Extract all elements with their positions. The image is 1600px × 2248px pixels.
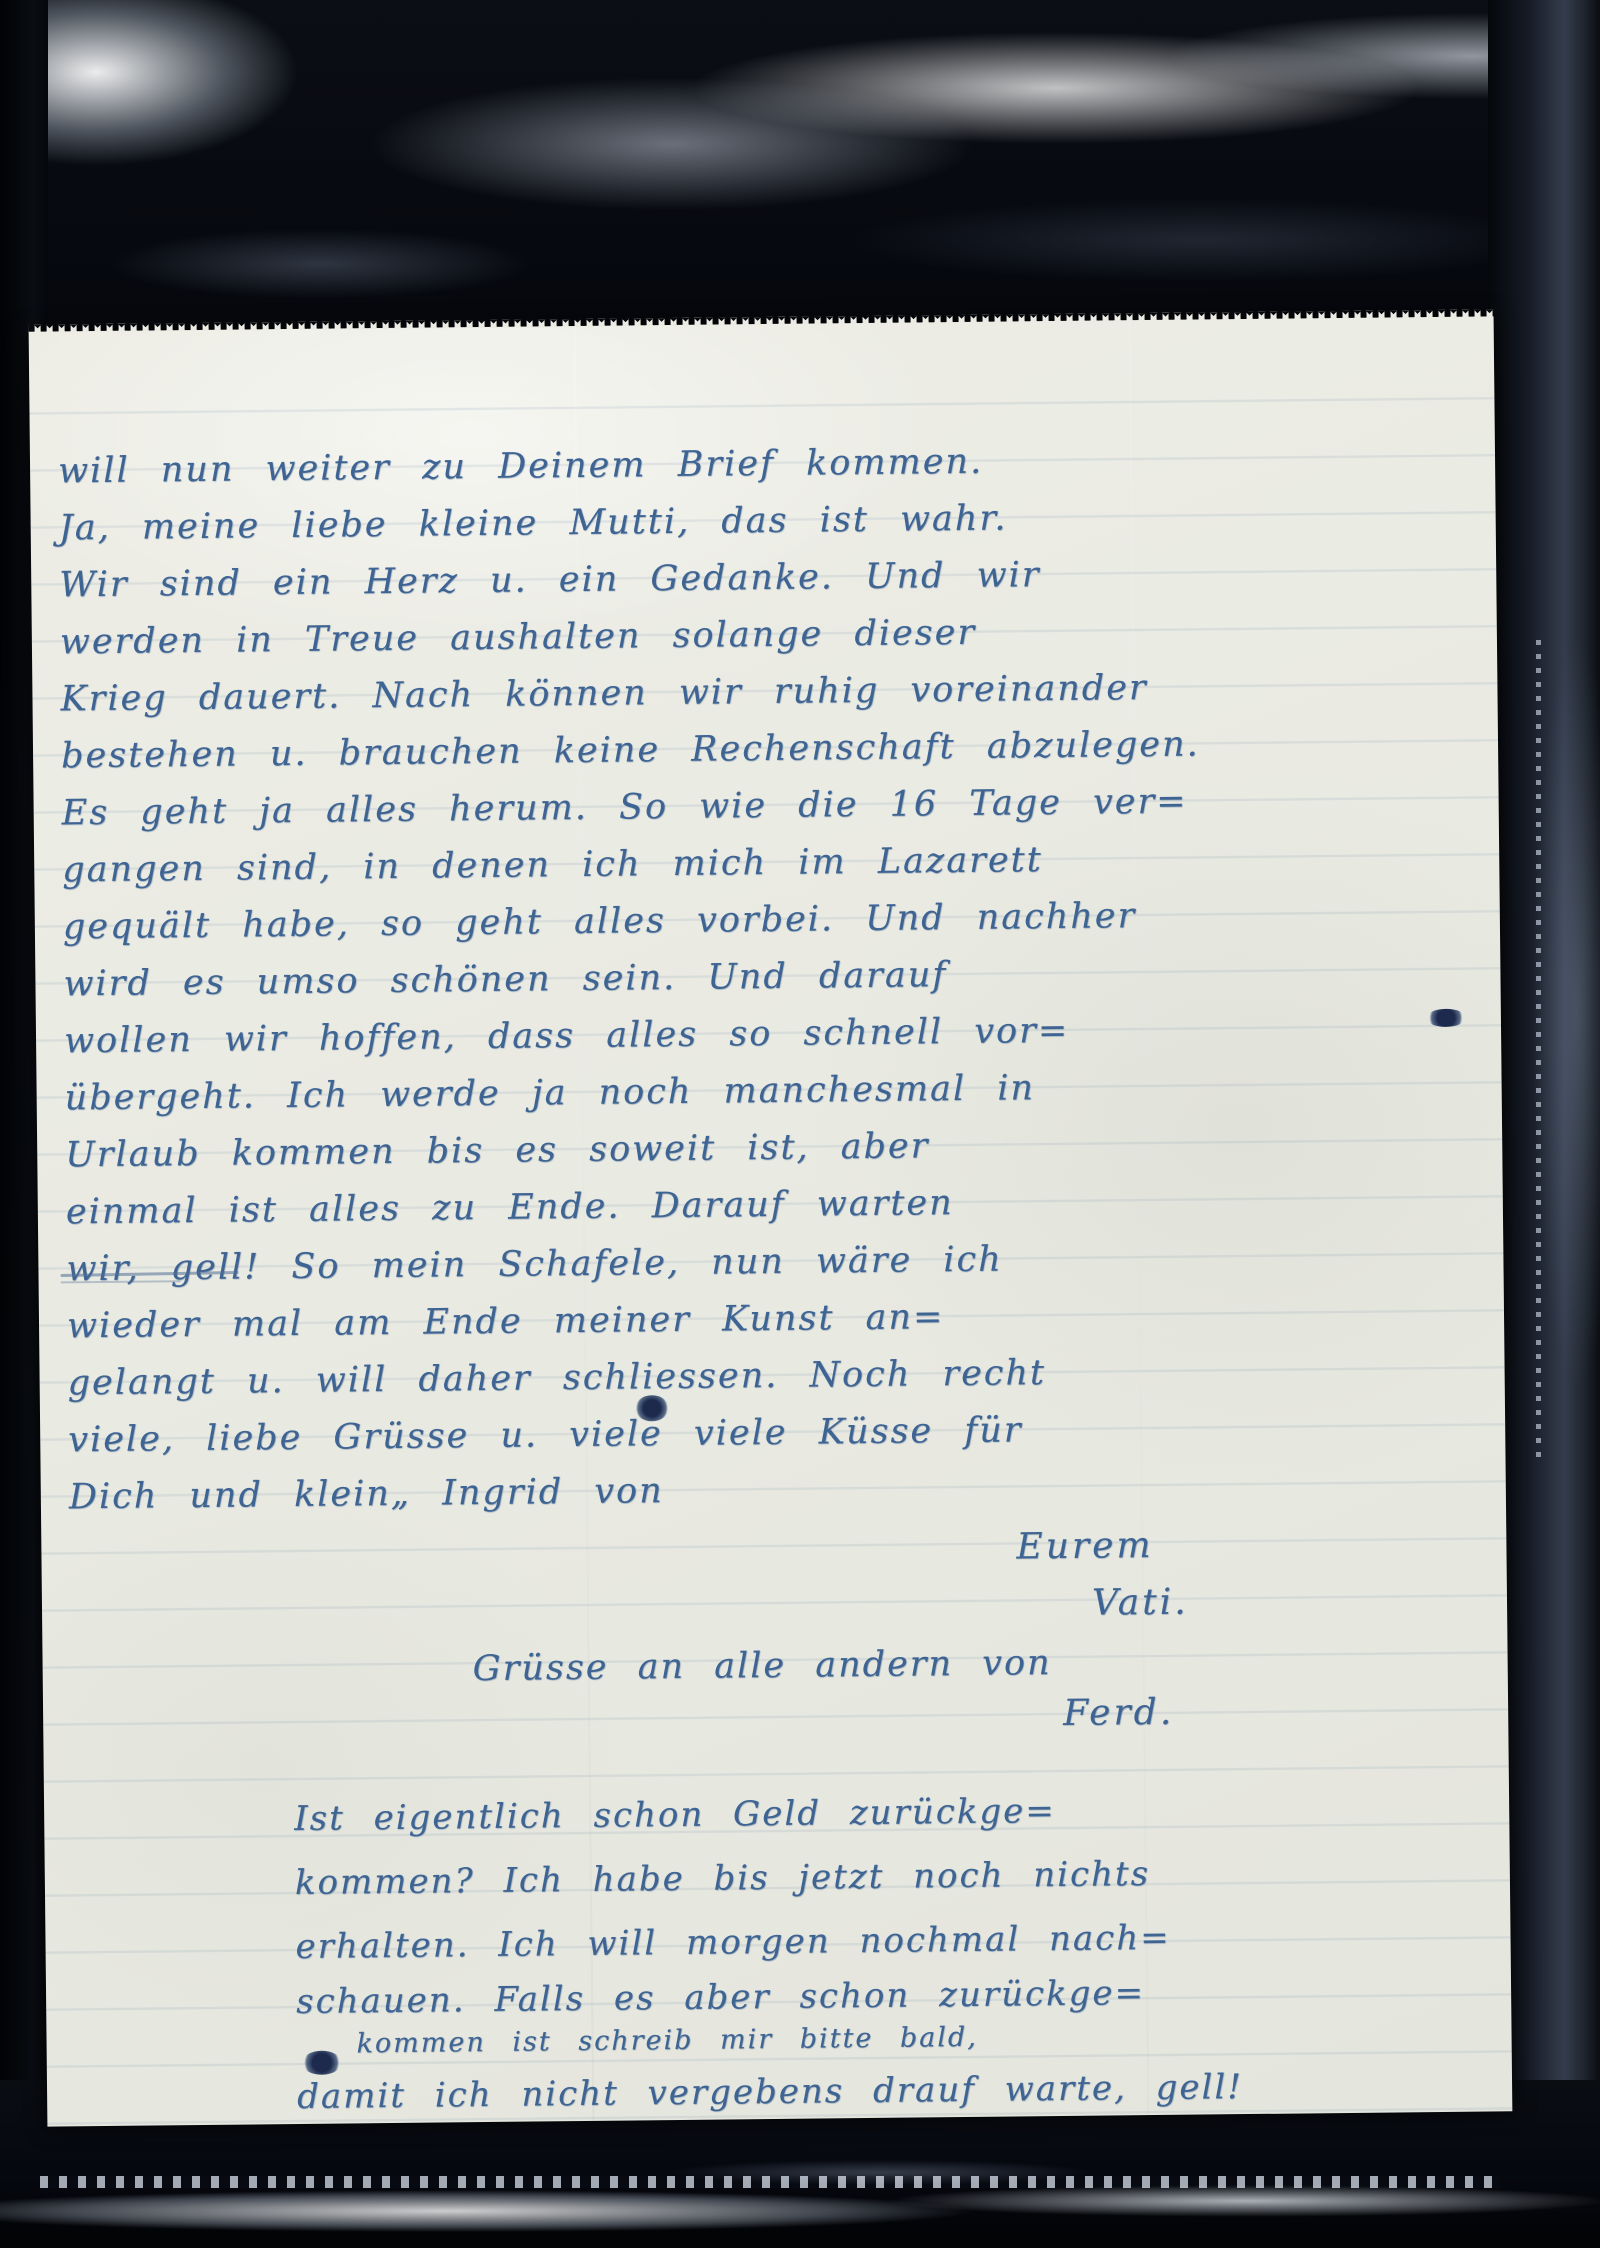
letter-body-text: will nun weiter zu Deinem Brief kommen. … <box>58 429 1489 1527</box>
signature-ferd: Ferd. <box>1063 1692 1174 1734</box>
greetings-to-others-line: Grüsse an alle andern von <box>472 1643 1051 1689</box>
postscript-block: Ist eigentlich schon Geld zurückge= komm… <box>294 1774 1498 2129</box>
closing-vati: Vati. <box>1092 1582 1189 1624</box>
sleeve-stitch-row <box>40 2176 1500 2188</box>
sleeve-perforation-right <box>1536 640 1541 1460</box>
postscript-line: damit ich nicht vergebens drauf warte, g… <box>297 2052 1498 2129</box>
closing-eurem: Eurem <box>1016 1525 1154 1567</box>
letter-paper: will nun weiter zu Deinem Brief kommen. … <box>29 316 1513 2126</box>
photo-of-handwritten-letter: will nun weiter zu Deinem Brief kommen. … <box>0 0 1600 2248</box>
